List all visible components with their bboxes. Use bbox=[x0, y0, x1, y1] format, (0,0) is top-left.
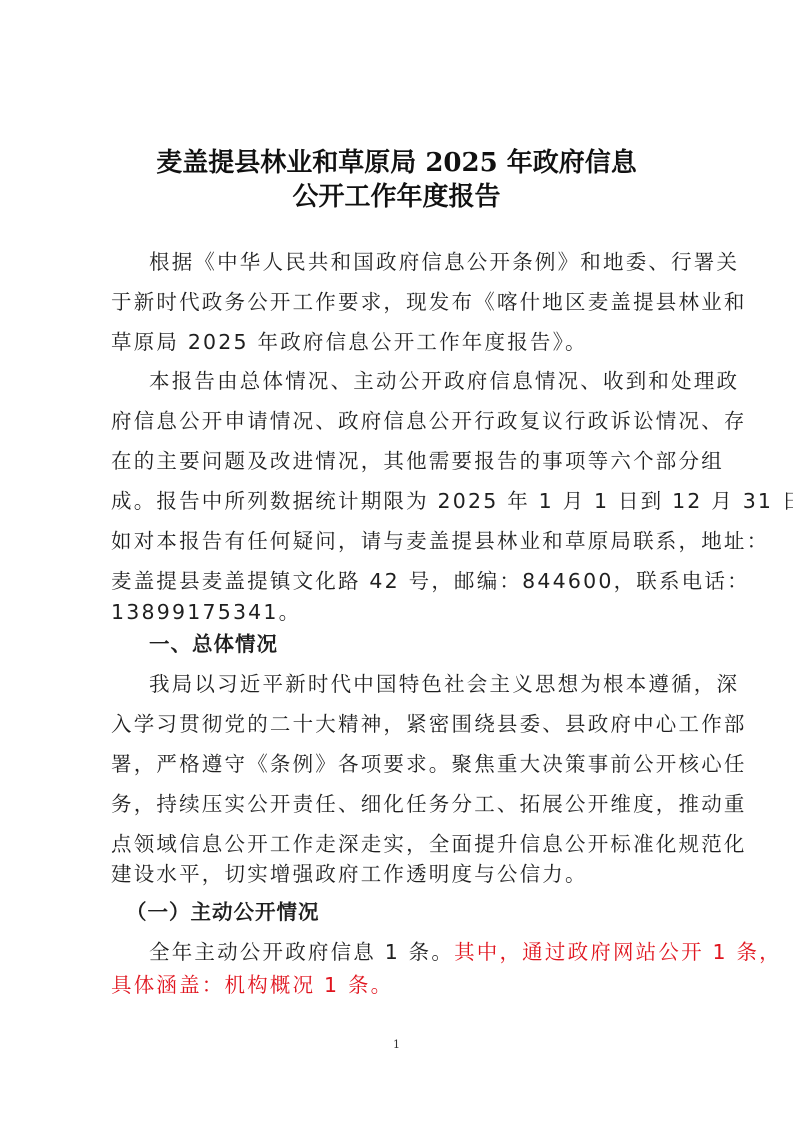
paragraph-line: 点领域信息公开工作走深走实，全面提升信息公开标准化规范化 bbox=[111, 832, 691, 856]
paragraph-line: 署，严格遵守《条例》各项要求。聚焦重大决策事前公开核心任 bbox=[111, 752, 691, 776]
paragraph-line: 如对本报告有任何疑问，请与麦盖提县林业和草原局联系，地址： bbox=[111, 529, 691, 553]
paragraph-line: 麦盖提县麦盖提镇文化路 42 号，邮编：844600，联系电话： bbox=[111, 569, 691, 593]
paragraph-line: 建设水平，切实增强政府工作透明度与公信力。 bbox=[111, 862, 691, 886]
paragraph-line: 入学习贯彻党的二十大精神，紧密围绕县委、县政府中心工作部 bbox=[111, 712, 691, 736]
highlighted-text: 具体涵盖：机构概况 1 条。 bbox=[111, 973, 691, 997]
paragraph-line: 府信息公开申请情况、政府信息公开行政复议行政诉讼情况、存 bbox=[111, 409, 691, 433]
paragraph-line: 我局以习近平新时代中国特色社会主义思想为根本遵循，深 bbox=[149, 672, 691, 696]
section-heading: 一、总体情况 bbox=[149, 632, 691, 656]
paragraph-line: 务，持续压实公开责任、细化任务分工、拓展公开维度，推动重 bbox=[111, 792, 691, 816]
page-number: 1 bbox=[0, 1038, 793, 1051]
paragraph-line: 根据《中华人民共和国政府信息公开条例》和地委、行署关 bbox=[149, 250, 691, 274]
paragraph-line: 于新时代政务公开工作要求，现发布《喀什地区麦盖提县林业和 bbox=[111, 290, 691, 314]
document-title-line-1: 麦盖提县林业和草原局 2025 年政府信息 bbox=[0, 142, 793, 179]
paragraph-line: 本报告由总体情况、主动公开政府信息情况、收到和处理政 bbox=[149, 369, 691, 393]
paragraph-line: 在的主要问题及改进情况，其他需要报告的事项等六个部分组 bbox=[111, 449, 691, 473]
paragraph-line: 草原局 2025 年政府信息公开工作年度报告》。 bbox=[111, 330, 691, 354]
paragraph-line: 13899175341。 bbox=[111, 600, 691, 624]
paragraph-line: 全年主动公开政府信息 1 条。其中，通过政府网站公开 1 条， bbox=[149, 940, 691, 964]
paragraph-text: 全年主动公开政府信息 1 条。 bbox=[149, 940, 454, 964]
document-title-line-2: 公开工作年度报告 bbox=[0, 176, 793, 213]
highlighted-text: 其中，通过政府网站公开 1 条， bbox=[454, 940, 782, 964]
subsection-heading: （一）主动公开情况 bbox=[126, 900, 706, 924]
paragraph-line: 成。报告中所列数据统计期限为 2025 年 1 月 1 日到 12 月 31 日… bbox=[111, 489, 691, 513]
